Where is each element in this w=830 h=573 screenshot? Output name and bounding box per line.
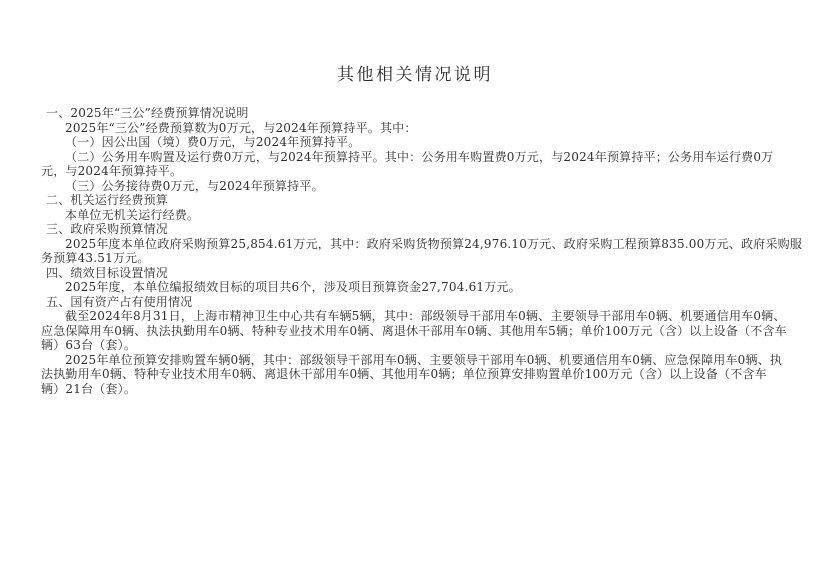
text-line: 应急保障用车0辆、执法执勤用车0辆、特种专业技术用车0辆、离退休干部用车0辆、其… [41,324,801,339]
text-line: 辆）63台（套）。 [41,338,801,353]
text-line: （二）公务用车购置及运行费0万元，与2024年预算持平。其中：公务用车购置费0万… [41,150,801,165]
text-line: 2025年度，本单位编报绩效目标的项目共6个，涉及项目预算资金27,704.61… [41,280,801,295]
text-line: （一）因公出国（境）费0万元，与2024年预算持平。 [41,135,801,150]
text-line: 2025年单位预算安排购置车辆0辆，其中：部级领导干部用车0辆、主要领导干部用车… [41,353,801,368]
text-line: 2025年“三公”经费预算数为0万元，与2024年预算持平。其中： [41,121,801,136]
text-line: 2025年度本单位政府采购预算25,854.61万元，其中：政府采购货物预算24… [41,237,801,252]
text-line: 元，与2024年预算持平。 [41,164,801,179]
document-body: 一、2025年“三公”经费预算情况说明2025年“三公”经费预算数为0万元，与2… [41,106,801,396]
text-line: 务预算43.51万元。 [41,251,801,266]
text-line: （三）公务接待费0万元，与2024年预算持平。 [41,179,801,194]
text-line: 一、2025年“三公”经费预算情况说明 [41,106,801,121]
text-line: 三、政府采购预算情况 [41,222,801,237]
text-line: 本单位无机关运行经费。 [41,208,801,223]
document-page: 其他相关情况说明 一、2025年“三公”经费预算情况说明2025年“三公”经费预… [0,0,830,573]
text-line: 五、国有资产占有使用情况 [41,295,801,310]
text-line: 二、机关运行经费预算 [41,193,801,208]
text-line: 法执勤用车0辆、特种专业技术用车0辆、离退休干部用车0辆、其他用车0辆；单位预算… [41,367,801,382]
page-title: 其他相关情况说明 [0,60,830,85]
text-line: 截至2024年8月31日，上海市精神卫生中心共有车辆5辆，其中：部级领导干部用车… [41,309,801,324]
text-line: 辆）21台（套）。 [41,382,801,397]
text-line: 四、绩效目标设置情况 [41,266,801,281]
